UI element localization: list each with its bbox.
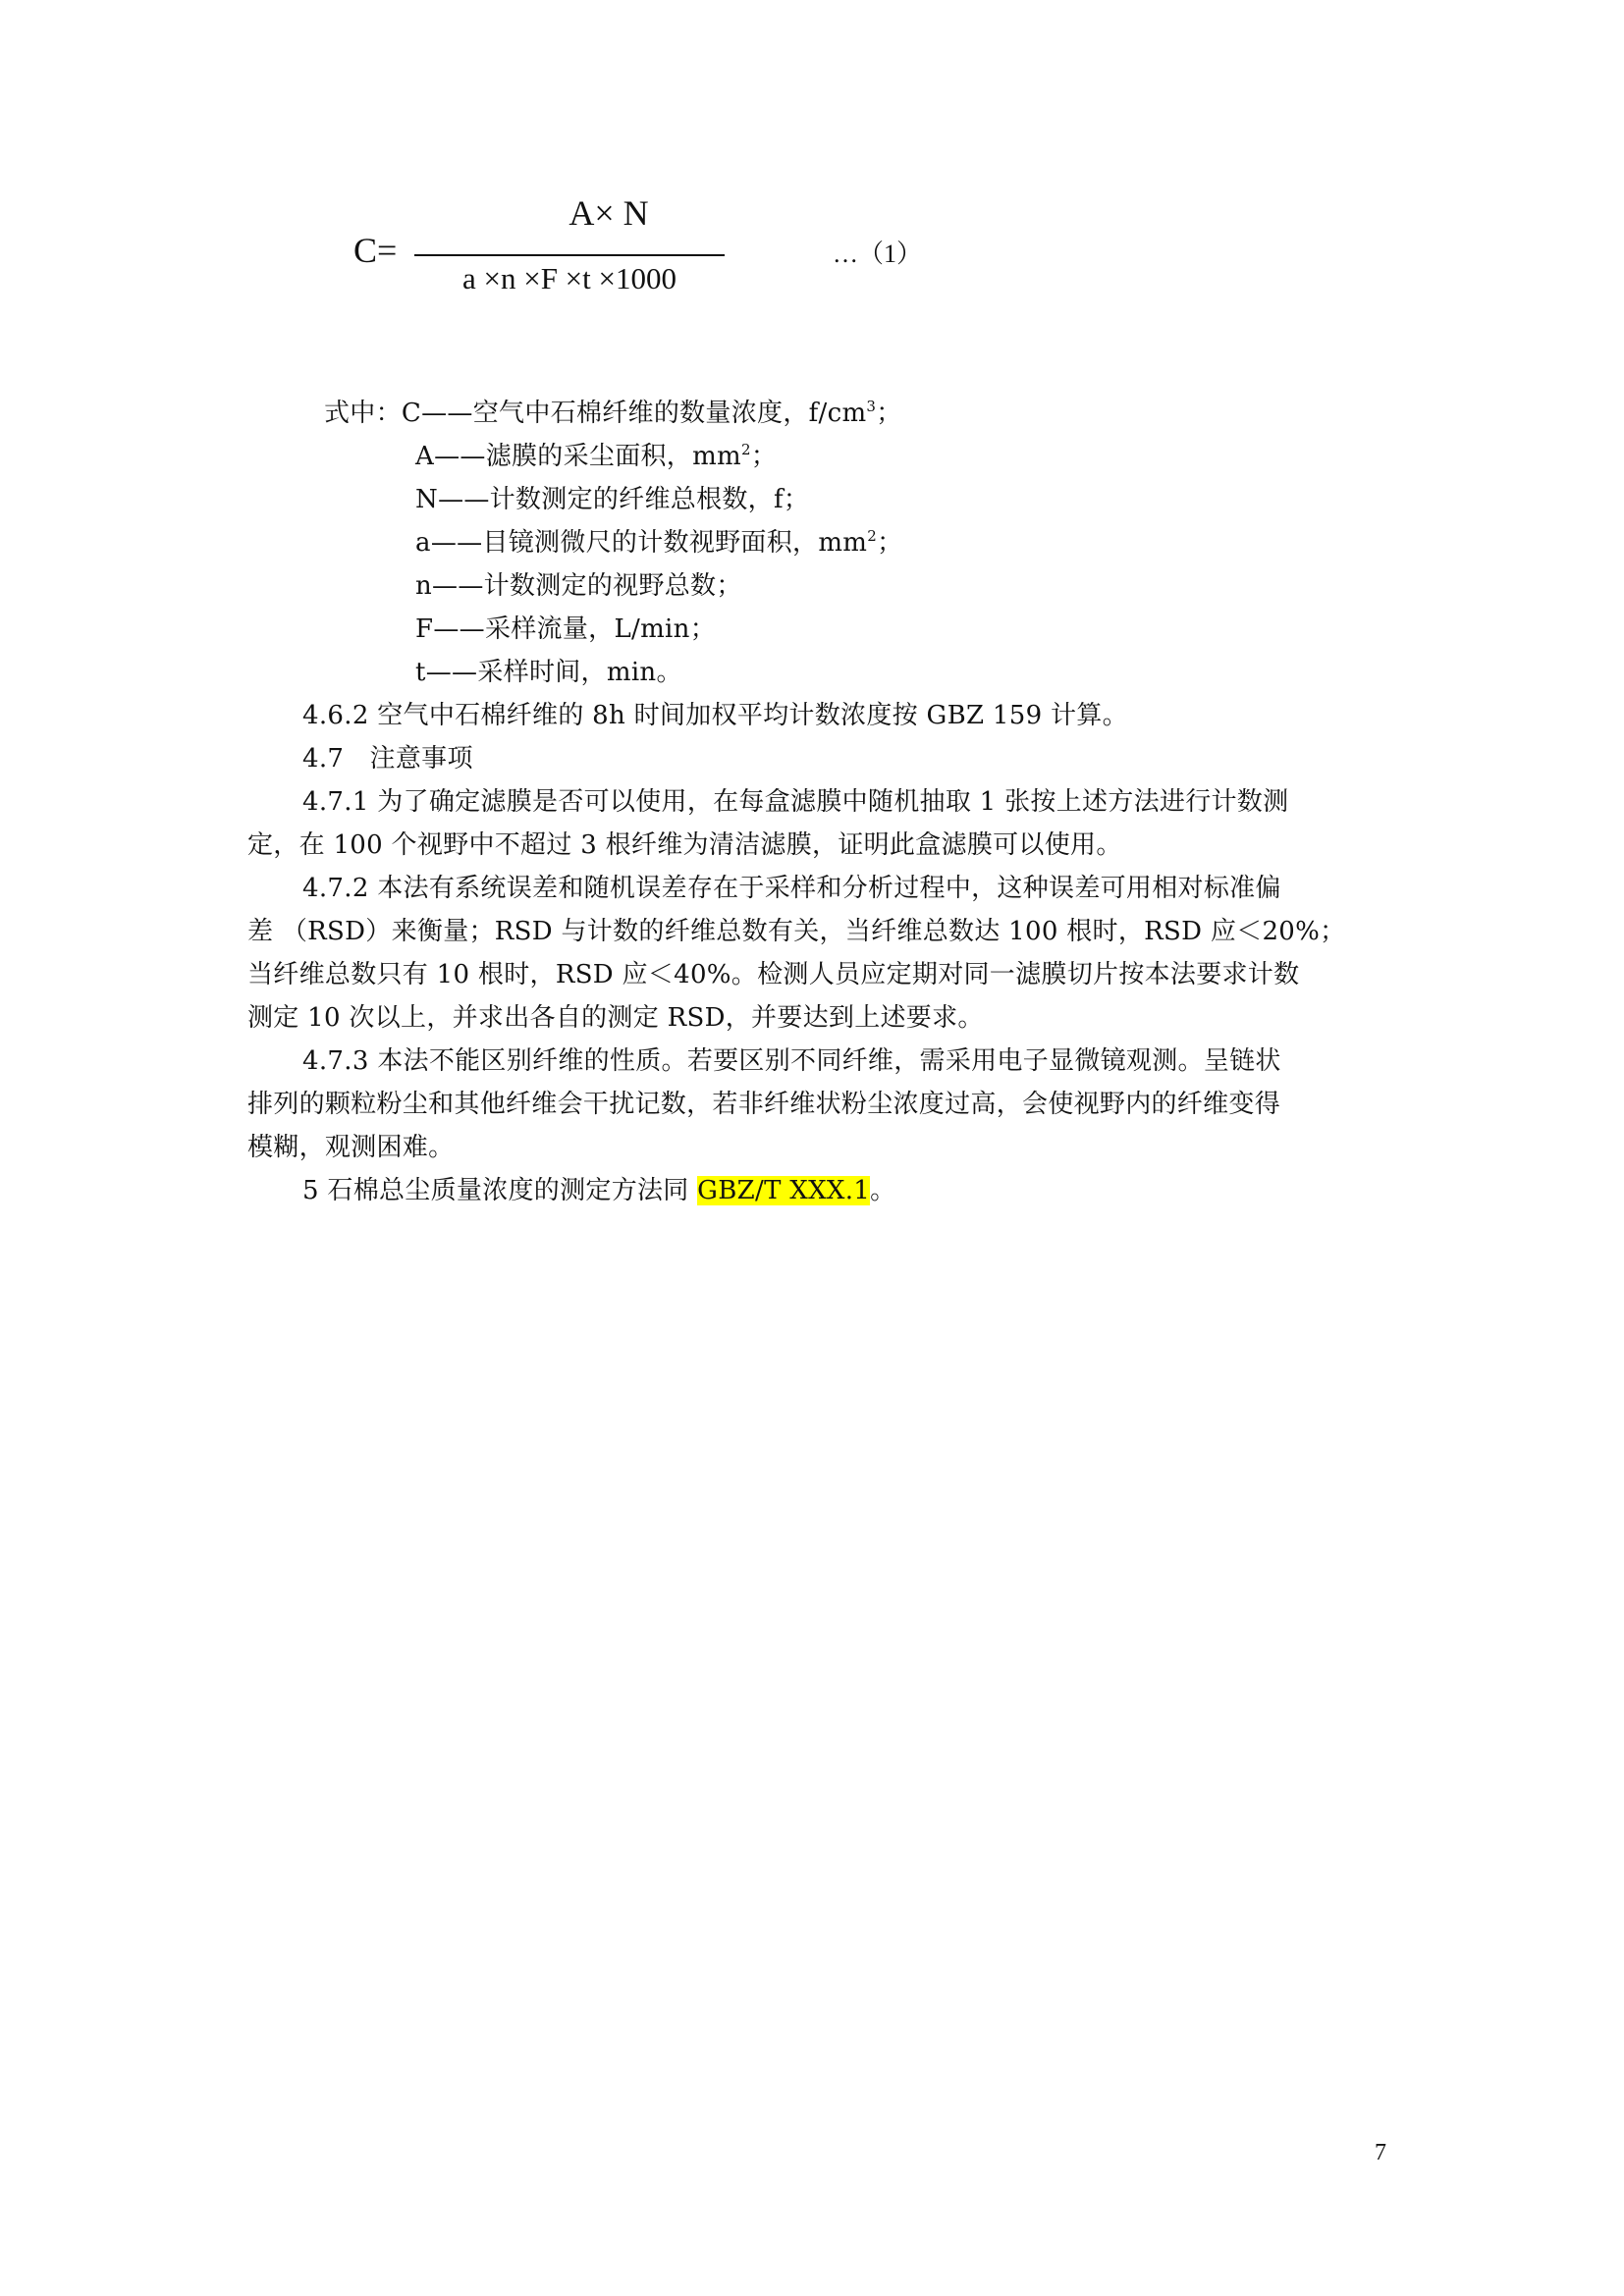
legend-symbol: C [402,399,421,428]
clause-4-7-1-line-2: 定，在 100 个视野中不超过 3 根纤维为清洁滤膜，证明此盒滤膜可以使用。 [247,828,1377,862]
fraction-bar [414,254,725,256]
formula-block: C= A× N a ×n ×F ×t ×1000 …（1） [353,192,962,310]
legend-desc: 目镜测微尺的计数视野面积，mm [482,528,867,558]
document-page: C= A× N a ×n ×F ×t ×1000 …（1） 式中：C——空气中石… [0,0,1624,2296]
heading-4-7: 4.7 注意事项 [302,742,473,775]
legend-dash: —— [421,399,473,428]
clause-4-7-2-line-2: 差 （RSD）来衡量；RSD 与计数的纤维总数有关，当纤维总数达 100 根时，… [247,915,1377,948]
clause-5-end: 。 [870,1176,895,1205]
formula-denominator: a ×n ×F ×t ×1000 [414,261,725,296]
legend-desc: 空气中石棉纤维的数量浓度，f/cm [473,399,867,428]
legend-item-f: F——采样流量，L/min； [415,613,716,646]
legend-desc: 滤膜的采尘面积，mm [486,442,741,471]
clause-4-6-2: 4.6.2 空气中石棉纤维的 8h 时间加权平均计数浓度按 GBZ 159 计算… [302,699,1128,732]
clause-4-7-3-line-1: 4.7.3 本法不能区别纤维的性质。若要区别不同纤维，需采用电子显微镜观测。呈链… [302,1044,1281,1078]
clause-5: 5 石棉总尘质量浓度的测定方法同 GBZ/T XXX.1。 [302,1174,895,1207]
legend-head: 式中： [324,399,402,428]
legend-sup: 2 [867,527,877,545]
legend-dash: —— [431,528,483,558]
legend-desc: 计数测定的纤维总根数，f； [490,485,810,514]
legend-item-t: t——采样时间，min。 [415,656,682,689]
legend-dash: —— [426,658,478,687]
legend-dash: —— [433,614,485,644]
equation-number: …（1） [833,234,922,270]
legend-item-n-upper: N——计数测定的纤维总根数，f； [415,483,809,516]
page-number: 7 [1375,2140,1386,2166]
clause-4-7-3-line-2: 排列的颗粒粉尘和其他纤维会干扰记数，若非纤维状粉尘浓度过高，会使视野内的纤维变得 [247,1088,1377,1121]
legend-dash: —— [434,442,486,471]
legend-symbol: a [415,528,431,558]
legend-symbol: n [415,571,432,601]
legend-desc: 计数测定的视野总数； [484,571,742,601]
legend-tail: ； [876,399,901,428]
legend-dash: —— [438,485,490,514]
legend-sup: 3 [866,398,876,415]
legend-sup: 2 [741,441,751,458]
clause-4-7-2-line-3: 当纤维总数只有 10 根时，RSD 应＜40%。检测人员应定期对同一滤膜切片按本… [247,958,1377,991]
highlighted-reference: GBZ/T XXX.1 [697,1176,870,1205]
legend-tail: ； [751,442,777,471]
clause-4-7-2-line-1: 4.7.2 本法有系统误差和随机误差存在于采样和分析过程中，这种误差可用相对标准… [302,872,1281,905]
legend-item-a-lower: a——目镜测微尺的计数视野面积，mm2； [415,526,902,560]
clause-5-text: 5 石棉总尘质量浓度的测定方法同 [302,1176,697,1205]
legend-desc: 采样时间，min。 [477,658,681,687]
legend-symbol: N [415,485,438,514]
legend-symbol: t [415,658,426,687]
formula-numerator: A× N [452,192,766,234]
legend-desc: 采样流量，L/min； [485,614,716,644]
legend-item-a-upper: A——滤膜的采尘面积，mm2； [415,440,777,473]
legend-symbol: A [415,442,434,471]
legend-symbol: F [415,614,433,644]
legend-item-n-lower: n——计数测定的视野总数； [415,569,742,603]
formula-lhs: C= [353,230,397,271]
clause-4-7-1-line-1: 4.7.1 为了确定滤膜是否可以使用，在每盒滤膜中随机抽取 1 张按上述方法进行… [302,785,1288,819]
legend-tail: ； [877,528,902,558]
clause-4-7-3-line-3: 模糊，观测困难。 [247,1131,1377,1164]
legend-item-c: 式中：C——空气中石棉纤维的数量浓度，f/cm3； [324,397,902,430]
clause-4-7-2-line-4: 测定 10 次以上，并求出各自的测定 RSD，并要达到上述要求。 [247,1001,1377,1035]
legend-dash: —— [432,571,484,601]
